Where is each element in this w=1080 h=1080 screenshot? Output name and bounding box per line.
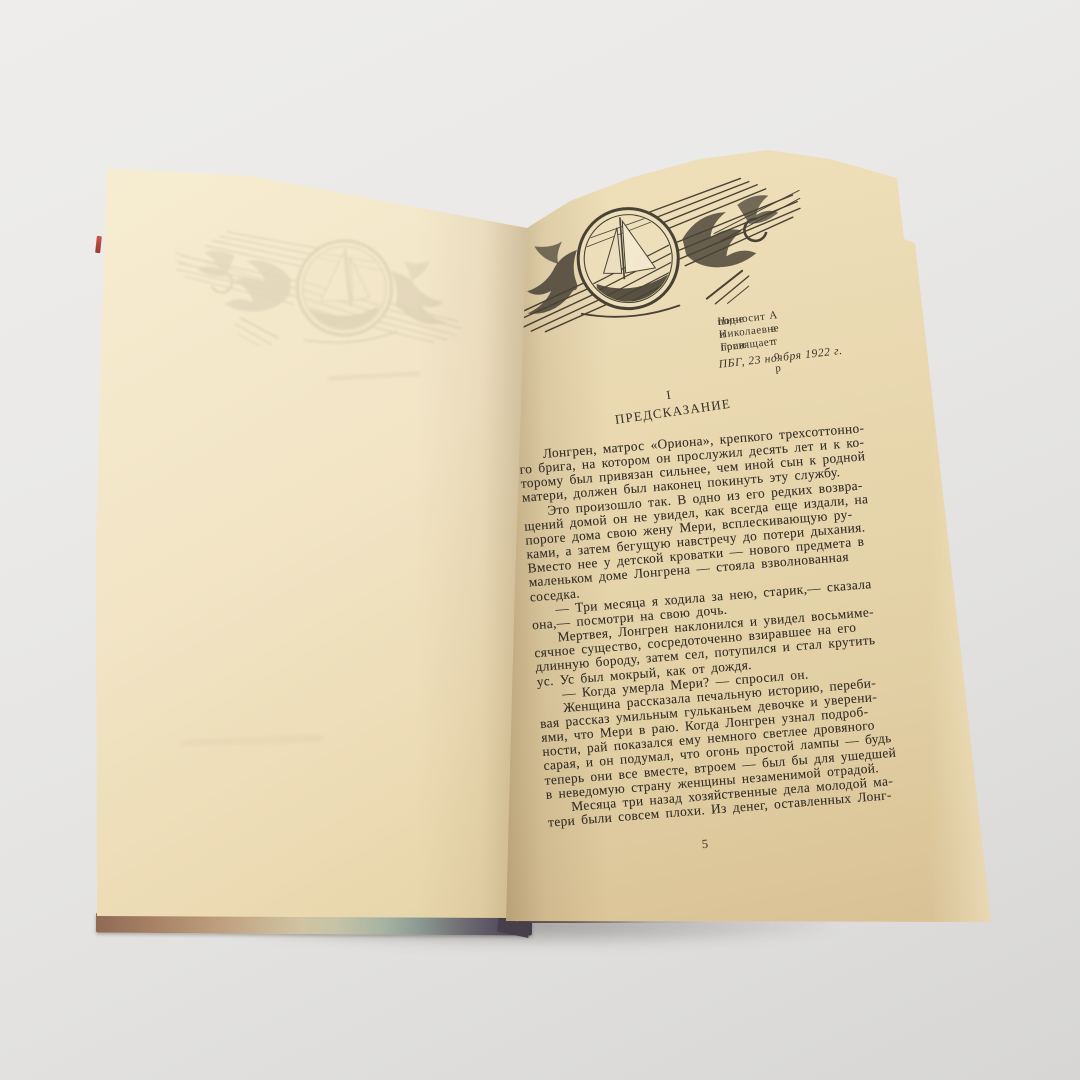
vignette-ghost-impression [144,210,492,365]
paper-smudge [328,372,420,381]
left-page [88,158,530,926]
photo-background: Нине Николаевне Грин подносит и посвящае… [0,0,1080,1080]
right-page: Нине Николаевне Грин подносит и посвящае… [500,145,996,927]
page-body-text: Лонгрен, матрос «Ориона», крепкого трехс… [518,421,900,830]
page-number: 5 [650,833,761,857]
paper-smudge [183,736,323,746]
cover-red-sliver-left [95,236,102,253]
dedication-author-line: А в т о р [717,309,789,382]
